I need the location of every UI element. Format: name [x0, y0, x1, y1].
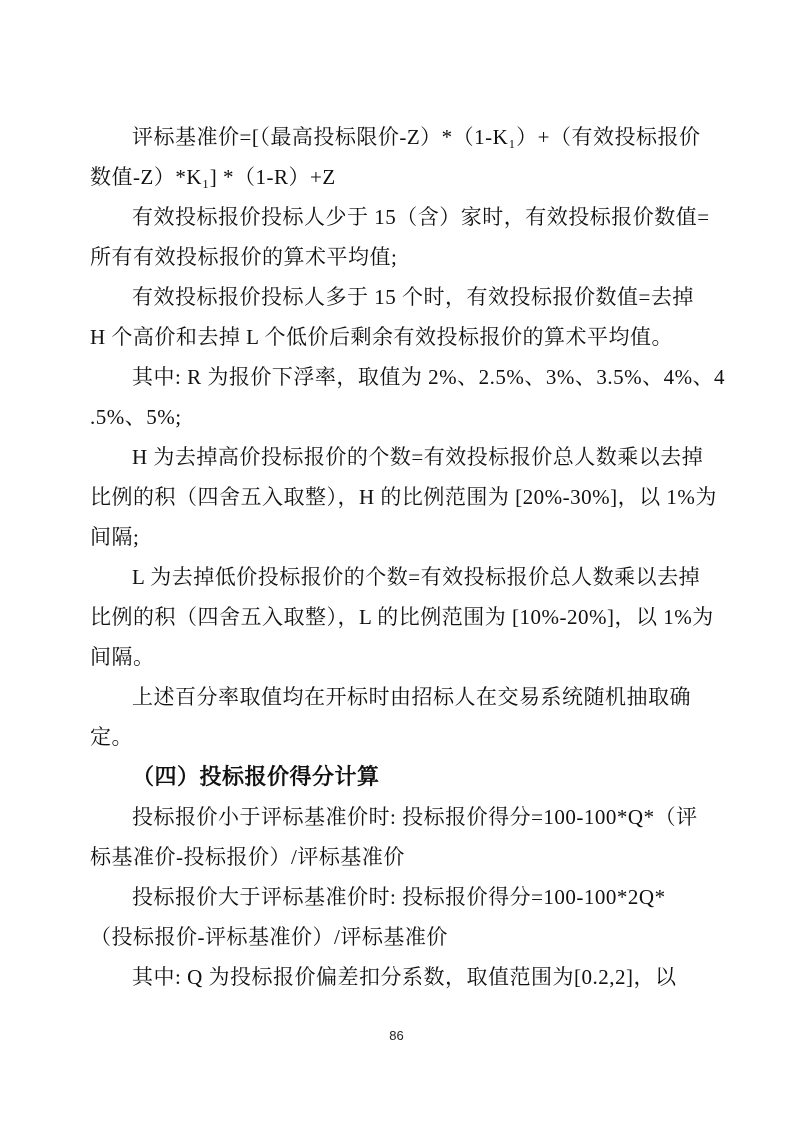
- text-line: 投标报价小于评标基准价时: 投标报价得分=100-100*Q*（评: [90, 797, 714, 837]
- text-line: 间隔;: [90, 517, 714, 557]
- text-line: 有效投标报价投标人多于 15 个时，有效投标报价数值=去掉: [90, 277, 714, 317]
- document-lines: 评标基准价=[（最高投标限价-Z）*（1-K₁）+（有效投标报价数值-Z）*K₁…: [90, 117, 714, 997]
- text-line: 其中: Q 为投标报价偏差扣分系数，取值范围为[0.2,2]，以: [90, 957, 714, 997]
- text-line: 标基准价-投标报价）/评标基准价: [90, 837, 714, 877]
- text-line: 有效投标报价投标人少于 15（含）家时，有效投标报价数值=: [90, 197, 714, 237]
- text-line: H 为去掉高价投标报价的个数=有效投标报价总人数乘以去掉: [90, 437, 714, 477]
- text-line: 评标基准价=[（最高投标限价-Z）*（1-K₁）+（有效投标报价: [90, 117, 714, 157]
- text-line: 比例的积（四舍五入取整），H 的比例范围为 [20%-30%]，以 1%为: [90, 477, 714, 517]
- text-line: 投标报价大于评标基准价时: 投标报价得分=100-100*2Q*: [90, 877, 714, 917]
- text-line: 间隔。: [90, 637, 714, 677]
- text-line: 数值-Z）*K₁] *（1-R）+Z: [90, 157, 714, 197]
- page-number: 86: [0, 1028, 793, 1043]
- section-heading: （四）投标报价得分计算: [90, 757, 714, 797]
- text-line: 定。: [90, 717, 714, 757]
- text-line: 比例的积（四舍五入取整），L 的比例范围为 [10%-20%]，以 1%为: [90, 597, 714, 637]
- text-line: .5%、5%;: [90, 397, 714, 437]
- text-line: 上述百分率取值均在开标时由招标人在交易系统随机抽取确: [90, 677, 714, 717]
- text-line: 其中: R 为报价下浮率，取值为 2%、2.5%、3%、3.5%、4%、4: [90, 357, 714, 397]
- text-line: H 个高价和去掉 L 个低价后剩余有效投标报价的算术平均值。: [90, 317, 714, 357]
- document-page: 评标基准价=[（最高投标限价-Z）*（1-K₁）+（有效投标报价数值-Z）*K₁…: [0, 0, 793, 1122]
- text-line: L 为去掉低价投标报价的个数=有效投标报价总人数乘以去掉: [90, 557, 714, 597]
- text-line: （投标报价-评标基准价）/评标基准价: [90, 917, 714, 957]
- text-line: 所有有效投标报价的算术平均值;: [90, 237, 714, 277]
